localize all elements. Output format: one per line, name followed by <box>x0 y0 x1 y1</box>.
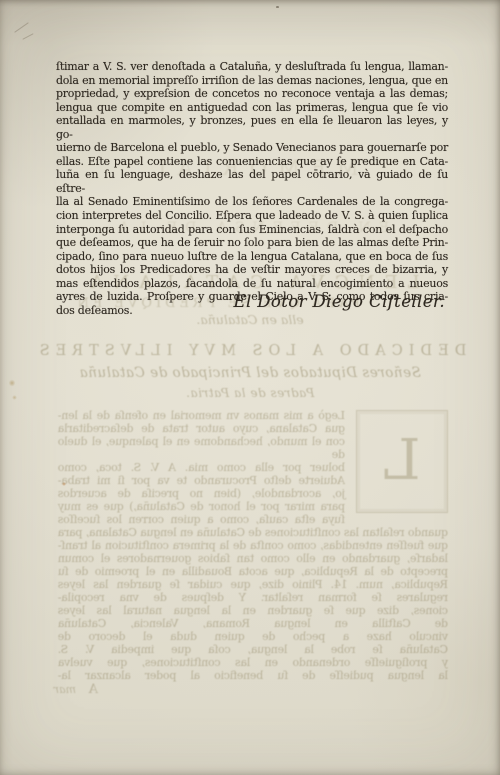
text-line: cion interpretes del Concilio. Eſpera qu… <box>56 209 448 223</box>
text-line: vinculo haze a pecho de quien duda el de… <box>58 630 448 643</box>
ghost-paragraph: L Legò a mis manos vn memorial en ofenſa… <box>58 409 448 682</box>
text-line: ſuya eſta cauſa, como a quien corren los… <box>58 513 448 526</box>
fox-spot <box>9 379 15 387</box>
text-line: la lengua pudieſſe de ſu beneficio al po… <box>58 669 448 682</box>
text-line: propriedad, y expreſsion de concetos no … <box>56 87 448 101</box>
text-line: lengua que compite en antiguedad con las… <box>56 101 448 115</box>
text-line: ciones, dize que ſe guarden en la lengua… <box>58 604 448 617</box>
text-line: y proſiguieſſe ordenando en las conſtitu… <box>58 656 448 669</box>
ghost-catchword: mar <box>54 683 76 696</box>
author-signature: El Dotor Diego Ciſteller. <box>234 292 445 311</box>
text-line: interponga ſu autoridad para con ſus Emi… <box>56 223 448 237</box>
text-line: entallada en marmoles, y bronzes, pues e… <box>56 114 448 141</box>
ink-speck <box>276 6 279 8</box>
scanned-page: MEMORIAL EN DEFENSA DE LA LENGVA CATALAN… <box>0 0 500 775</box>
ghost-initial-block: L <box>356 410 448 513</box>
ghost-dedication-senores: Señores Diputados del Principado de Cata… <box>0 365 500 381</box>
fox-spot <box>62 482 66 486</box>
ghost-dedication-padres: Padres de la Patria. <box>0 386 500 400</box>
text-line: dola en memorial impreſſo irriſion de la… <box>56 74 448 88</box>
text-line: cipado, ſino para nueuo luſtre de la len… <box>56 250 448 264</box>
text-line: de Caſtilla en lengua Romana, Valencia, … <box>58 617 448 630</box>
text-line: que deſeamos, que ha de ſeruir no ſolo p… <box>56 236 448 250</box>
text-line: lla al Senado Eminentiſsimo de los ſeñor… <box>56 195 448 209</box>
text-line: quando reſaltan las conſtituciones de Ca… <box>58 526 448 539</box>
text-line: dotos hijos los Predicadores ha de veſti… <box>56 263 448 277</box>
ghost-signature-mark: A <box>89 682 98 697</box>
text-line: Cataluña ſe robe la lengua, coſa que imp… <box>58 643 448 656</box>
text-line: ſtimar a V. S. ver denoſtada a Cataluña,… <box>56 60 448 74</box>
text-line: luña en ſu lenguage, deshaze las del pap… <box>56 168 448 195</box>
text-line: mas eſtendidos plazos, ſacandola de ſu n… <box>56 277 448 291</box>
text-line: regulares ſe forman reſaltar. Y deſpues … <box>58 591 448 604</box>
text-line: precepto de la Republica, que acota Boua… <box>58 565 448 578</box>
main-paragraph: ſtimar a V. S. ver denoſtada a Cataluña,… <box>56 60 448 317</box>
text-line: ellas. Eſte papel contiene las conuenien… <box>56 155 448 169</box>
text-line: Republica, num. 14. Plinio dize, que cui… <box>58 578 448 591</box>
text-line: uierno de Barcelona el pueblo, y Senado … <box>56 141 448 155</box>
ghost-initial-letter: L <box>384 428 421 493</box>
text-line: ladarſe, guardando en ello como tan ſabi… <box>58 552 448 565</box>
text-line: que fueſſen entendidas, como conſta de l… <box>58 539 448 552</box>
fox-spot <box>12 395 17 400</box>
ghost-dedicado-line: DEDICADO A LOS MVY ILLVSTRES <box>0 343 500 359</box>
